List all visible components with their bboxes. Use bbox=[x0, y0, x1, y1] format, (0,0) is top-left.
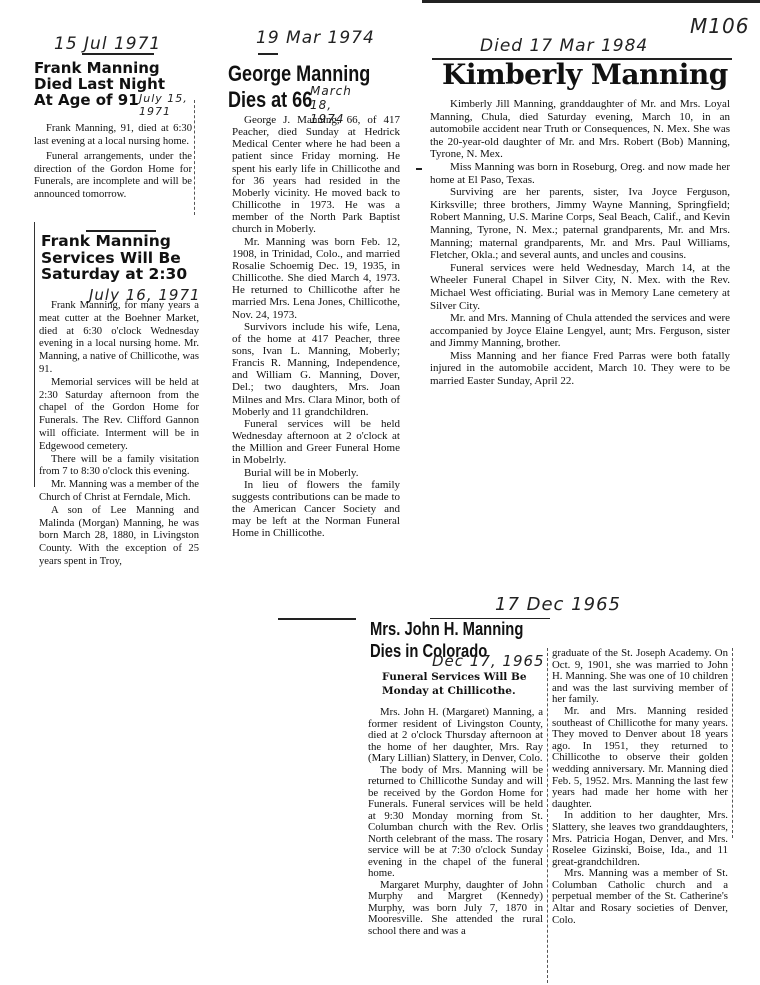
clip-edge bbox=[34, 222, 35, 487]
article-column-2: graduate of the St. Joseph Academy. On O… bbox=[552, 648, 728, 926]
article-column-1: Mrs. John H. (Margaret) Manning, a forme… bbox=[368, 707, 543, 937]
date-note: 15 Jul 1971 bbox=[54, 34, 161, 54]
article-body: Frank Manning, 91, died at 6:30 last eve… bbox=[34, 123, 192, 202]
headline: Kimberly Manning bbox=[442, 58, 728, 91]
paragraph: Mr. and Mrs. Manning resided southeast o… bbox=[552, 706, 728, 810]
paragraph: Miss Manning was born in Roseburg, Oreg.… bbox=[430, 161, 730, 186]
top-edge-bar bbox=[422, 0, 760, 3]
paragraph: Mr. and Mrs. Manning of Chula attended t… bbox=[430, 312, 730, 350]
paragraph: The body of Mrs. Manning will be returne… bbox=[368, 765, 543, 880]
paragraph: Surviving are her parents, sister, Iva J… bbox=[430, 186, 730, 262]
paragraph: graduate of the St. Joseph Academy. On O… bbox=[552, 648, 728, 706]
paragraph: Funeral services will be held Wednesday … bbox=[232, 418, 400, 467]
headline-line2: Dies at 66 bbox=[228, 88, 312, 112]
catalog-mark: M106 bbox=[690, 14, 749, 38]
paragraph: Funeral services were held Wednesday, Ma… bbox=[430, 262, 730, 312]
paragraph: Mrs. Manning was a member of St. Columba… bbox=[552, 868, 728, 926]
hand-note: July 15, 1971 bbox=[139, 92, 199, 118]
paragraph: George J. Manning, 66, of 417 Peacher, d… bbox=[232, 114, 400, 236]
date-note: 19 Mar 1974 bbox=[256, 28, 375, 48]
divider bbox=[82, 53, 154, 55]
headline-line1: Mrs. John H. Manning bbox=[370, 620, 523, 640]
paragraph: A son of Lee Manning and Malinda (Morgan… bbox=[39, 505, 199, 569]
end-rule bbox=[278, 618, 356, 620]
paragraph: Miss Manning and her fiance Fred Parras … bbox=[430, 350, 730, 388]
paragraph: Funeral arrangements, under the directio… bbox=[34, 151, 192, 201]
paragraph: Frank Manning, 91, died at 6:30 last eve… bbox=[34, 123, 192, 148]
clip-edge bbox=[732, 648, 733, 838]
margin-mark bbox=[416, 168, 422, 170]
clip-edge bbox=[194, 100, 195, 215]
paragraph: Mr. Manning was born Feb. 12, 1908, in T… bbox=[232, 236, 400, 321]
date-note: Died 17 Mar 1984 bbox=[480, 36, 648, 56]
paragraph: Memorial services will be held at 2:30 S… bbox=[39, 377, 199, 454]
paragraph: In addition to her daughter, Mrs. Slatte… bbox=[552, 810, 728, 868]
paragraph: In lieu of flowers the family suggests c… bbox=[232, 479, 400, 540]
divider bbox=[258, 53, 278, 55]
subhead: Funeral Services Will Be Monday at Chill… bbox=[382, 670, 532, 698]
paragraph: Survivors include his wife, Lena, of the… bbox=[232, 321, 400, 418]
paragraph: Kimberly Jill Manning, granddaughter of … bbox=[430, 98, 730, 161]
article-body: Kimberly Jill Manning, granddaughter of … bbox=[430, 98, 730, 388]
paragraph: Burial will be in Moberly. bbox=[232, 467, 400, 479]
article-body: George J. Manning, 66, of 417 Peacher, d… bbox=[232, 114, 400, 539]
article-body: Frank Manning, for many years a meat cut… bbox=[39, 300, 199, 569]
paragraph: Margaret Murphy, daughter of John Murphy… bbox=[368, 880, 543, 938]
paragraph: Mrs. John H. (Margaret) Manning, a forme… bbox=[368, 707, 543, 765]
column-divider bbox=[547, 648, 548, 983]
paragraph: There will be a family visitation from 7… bbox=[39, 454, 199, 480]
paragraph: Mr. Manning was a member of the Church o… bbox=[39, 479, 199, 505]
headline: Frank Manning Services Will Be Saturday … bbox=[41, 233, 201, 283]
hand-note: Dec 17, 1965 bbox=[432, 652, 545, 670]
paragraph: Frank Manning, for many years a meat cut… bbox=[39, 300, 199, 377]
headline-line1: George Manning bbox=[228, 62, 370, 86]
date-note: 17 Dec 1965 bbox=[495, 594, 621, 615]
